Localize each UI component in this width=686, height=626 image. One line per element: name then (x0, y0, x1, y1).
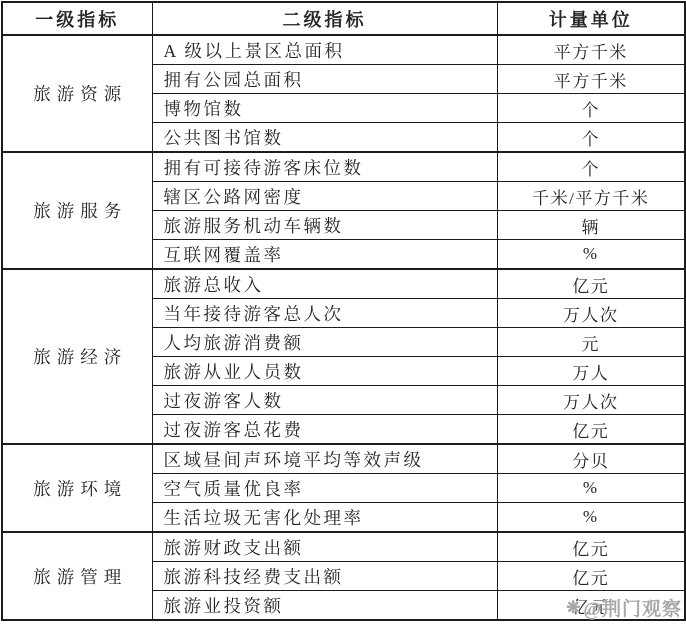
unit-cell: 平方千米 (497, 35, 685, 65)
unit-cell: 亿元 (497, 591, 685, 621)
indicator-cell: 辖区公路网密度 (152, 182, 497, 211)
indicator-cell: 博物馆数 (152, 94, 497, 123)
indicator-cell: 空气质量优良率 (152, 474, 497, 503)
col-header-level2-indicator: 二级指标 (152, 2, 497, 35)
indicator-table: 一级指标 二级指标 计量单位 旅游资源 A 级以上景区总面积 平方千米 拥有公园… (1, 1, 686, 621)
indicator-cell: 旅游业投资额 (152, 591, 497, 621)
unit-cell: 辆 (497, 211, 685, 240)
indicator-cell: A 级以上景区总面积 (152, 35, 497, 65)
indicator-cell: 拥有公园总面积 (152, 65, 497, 94)
col-header-level1-indicator: 一级指标 (2, 2, 152, 35)
indicator-cell: 过夜游客总花费 (152, 415, 497, 445)
unit-cell: 万人次 (497, 299, 685, 328)
group-cell-tourism-resources: 旅游资源 (2, 35, 152, 152)
indicator-cell: 旅游从业人员数 (152, 357, 497, 386)
unit-cell: 元 (497, 328, 685, 357)
indicator-cell: 当年接待游客总人次 (152, 299, 497, 328)
table-row: 旅游管理 旅游财政支出额 亿元 (2, 532, 685, 562)
indicator-cell: 旅游财政支出额 (152, 532, 497, 562)
indicator-cell: 旅游科技经费支出额 (152, 562, 497, 591)
unit-cell: 个 (497, 123, 685, 153)
unit-cell: 千米/平方千米 (497, 182, 685, 211)
table-row: 旅游经济 旅游总收入 亿元 (2, 269, 685, 299)
unit-cell: 亿元 (497, 532, 685, 562)
group-cell-tourism-environment: 旅游环境 (2, 444, 152, 532)
indicator-cell: 旅游服务机动车辆数 (152, 211, 497, 240)
table-row: 旅游资源 A 级以上景区总面积 平方千米 (2, 35, 685, 65)
indicator-cell: 互联网覆盖率 (152, 240, 497, 270)
indicator-cell: 公共图书馆数 (152, 123, 497, 153)
indicator-cell: 拥有可接待游客床位数 (152, 152, 497, 182)
indicator-cell: 人均旅游消费额 (152, 328, 497, 357)
header-row: 一级指标 二级指标 计量单位 (2, 2, 685, 35)
unit-cell: 亿元 (497, 415, 685, 445)
indicator-cell: 生活垃圾无害化处理率 (152, 503, 497, 533)
group-cell-tourism-management: 旅游管理 (2, 532, 152, 620)
unit-cell: % (497, 474, 685, 503)
unit-cell: 万人次 (497, 386, 685, 415)
unit-cell: 个 (497, 152, 685, 182)
table-row: 旅游环境 区域昼间声环境平均等效声级 分贝 (2, 444, 685, 474)
unit-cell: 分贝 (497, 444, 685, 474)
group-cell-tourism-economy: 旅游经济 (2, 269, 152, 444)
table-row: 旅游服务 拥有可接待游客床位数 个 (2, 152, 685, 182)
group-cell-tourism-services: 旅游服务 (2, 152, 152, 269)
unit-cell: 个 (497, 94, 685, 123)
unit-cell: 亿元 (497, 269, 685, 299)
indicator-cell: 区域昼间声环境平均等效声级 (152, 444, 497, 474)
unit-cell: 亿元 (497, 562, 685, 591)
indicator-cell: 过夜游客人数 (152, 386, 497, 415)
col-header-measure-unit: 计量单位 (497, 2, 685, 35)
indicator-table-container: 一级指标 二级指标 计量单位 旅游资源 A 级以上景区总面积 平方千米 拥有公园… (1, 1, 686, 621)
unit-cell: 平方千米 (497, 65, 685, 94)
unit-cell: % (497, 503, 685, 533)
unit-cell: 万人 (497, 357, 685, 386)
unit-cell: % (497, 240, 685, 270)
indicator-cell: 旅游总收入 (152, 269, 497, 299)
